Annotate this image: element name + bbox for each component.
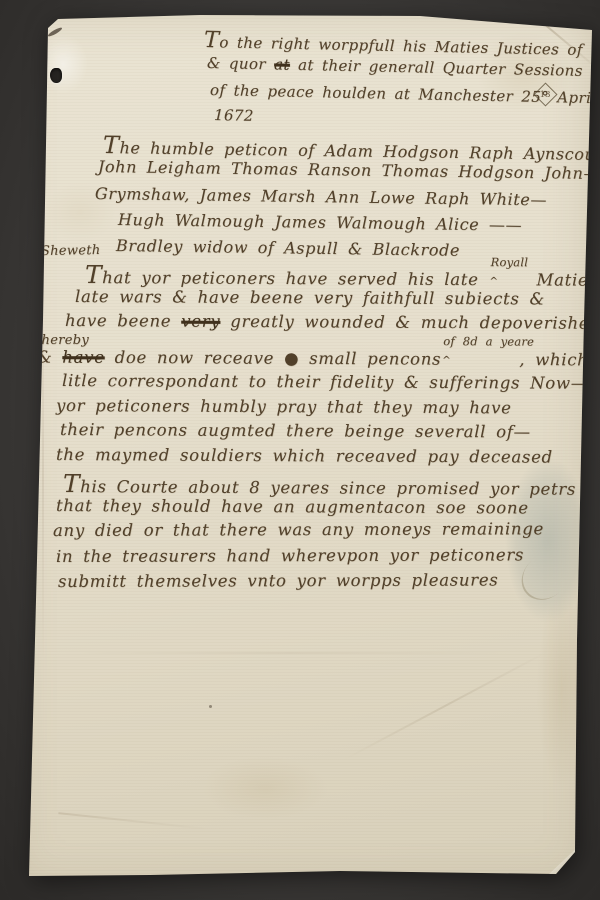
folded-corner — [547, 843, 582, 876]
struck-word: at — [274, 55, 290, 73]
manuscript-page: 13 To the right worppfull his Maties Jus… — [0, 0, 600, 900]
inserted-word: Royall — [491, 255, 529, 269]
text-segment: & quor — [207, 54, 275, 73]
body-line-12: in the treasurers hand wherevpon yor pet… — [56, 545, 524, 566]
worm-hole — [50, 68, 62, 83]
ink-speck — [40, 62, 44, 66]
petition-line-3: Grymshaw, James Marsh Ann Lowe Raph Whit… — [95, 184, 547, 209]
text-segment: Maties in the — [536, 270, 600, 290]
paper-shadow-wrap: 13 To the right worppfull his Maties Jus… — [0, 0, 600, 900]
petition-line-4: Hugh Walmough James Walmough Alice —— — [118, 210, 522, 235]
text-segment: greatly wounded & much depoverished — [220, 312, 600, 333]
heading-line-4-year: 1672 — [214, 106, 254, 125]
photo-background: 13 To the right worppfull his Maties Jus… — [0, 0, 600, 900]
fold-crease — [343, 651, 547, 761]
text-segment: , which — [519, 350, 598, 369]
ink-speck — [209, 705, 212, 708]
body-line-7: their pencons augmted there beinge sever… — [60, 420, 531, 441]
caret-mark: ^ — [489, 276, 498, 287]
body-line-2: late wars & have beene very faithfull su… — [75, 287, 545, 308]
struck-word: very — [181, 312, 220, 331]
fold-crease — [58, 812, 207, 830]
struck-word: have — [62, 348, 104, 367]
text-segment: doe now receave ● small pencons — [105, 348, 442, 369]
body-line-3: have beene very greatly wounded & much d… — [65, 311, 600, 333]
body-line-4: & have doe now receave ● small penconsof… — [37, 346, 600, 370]
petition-line-5: Bradley widow of Aspull & Blackrode — [116, 236, 460, 260]
fold-crease — [60, 652, 520, 654]
body-line-5: litle correspondant to their fidelity & … — [62, 371, 588, 393]
text-segment: That yor peticoners have served his late — [85, 268, 489, 289]
insertion-above: of 8d a yeare^ — [441, 348, 519, 365]
body-line-6: yor peticoners humbly pray that they may… — [56, 396, 512, 417]
body-line-10: that they should have an augmentacon soe… — [56, 496, 529, 517]
body-line-8: the maymed souldiers which receaved pay … — [56, 445, 553, 467]
insertion-above: Royall^ — [488, 269, 536, 286]
inserted-word: of 8d a yeare — [443, 334, 534, 348]
body-line-11: any died or that there was any moneys re… — [53, 519, 544, 540]
body-line-13: submitt themselves vnto yor worpps pleas… — [58, 570, 499, 591]
text-segment: have beene — [65, 311, 181, 331]
text-segment: & — [37, 348, 62, 367]
paper-scuff — [38, 34, 88, 94]
caret-mark: ^ — [442, 355, 451, 366]
margin-note-sheweth: Sheweth — [41, 243, 101, 259]
